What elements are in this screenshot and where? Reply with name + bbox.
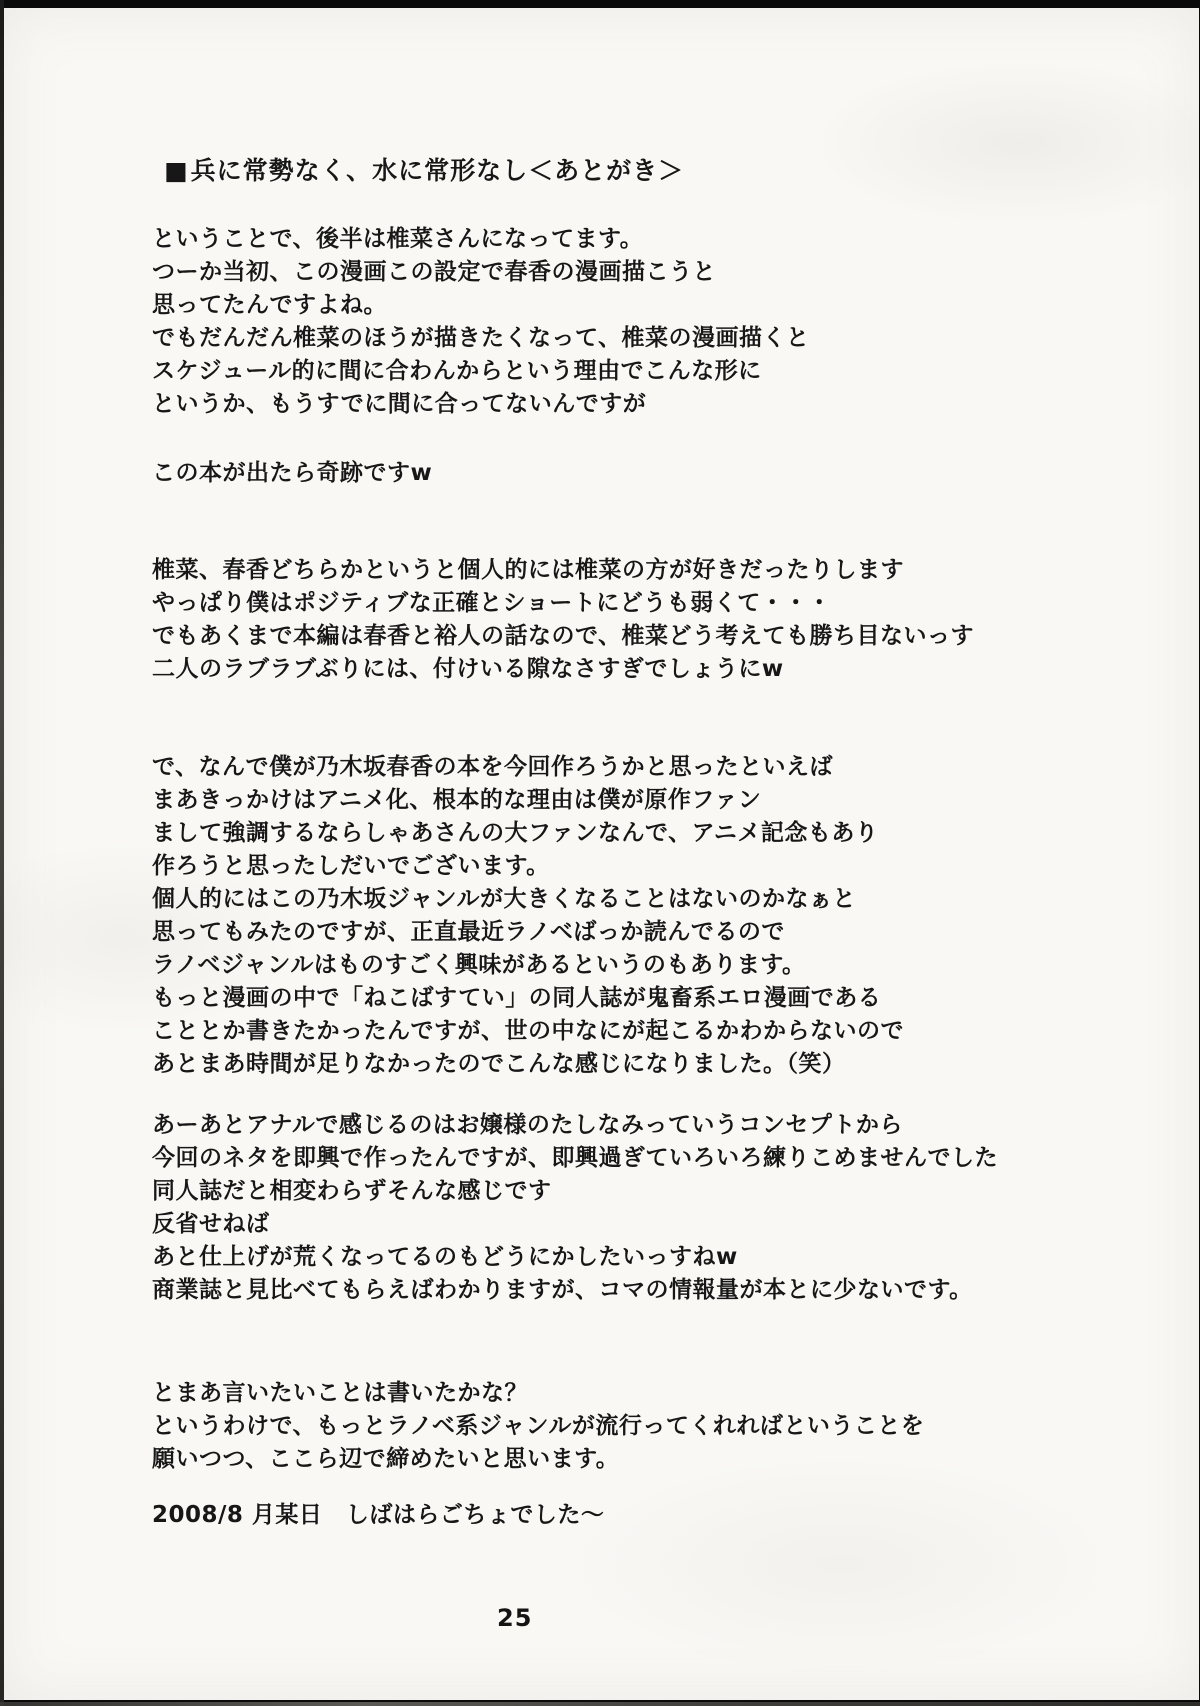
text-line: スケジュール的に間に合わんからという理由でこんな形に — [152, 355, 1199, 388]
text-line: でもあくまで本編は春香と裕人の話なので、椎菜どう考えても勝ち目ないっす — [152, 620, 1199, 653]
text-line: まあきっかけはアニメ化、根本的な理由は僕が原作ファン — [152, 784, 1199, 817]
text-line: まして強調するならしゃあさんの大ファンなんで、アニメ記念もあり — [152, 817, 1199, 850]
signature-line: 2008/8 月某日 しばはらごちょでした～ — [152, 1499, 1199, 1532]
text-line: 思ってもみたのですが、正直最近ラノベばっか読んでるので — [152, 916, 1199, 949]
text-line: ということで、後半は椎菜さんになってます。 — [152, 223, 1199, 256]
text-line: 二人のラブラブぶりには、付けいる隙なさすぎでしょうにw — [152, 653, 1199, 686]
paragraph: で、なんで僕が乃木坂春香の本を今回作ろうかと思ったといえばまあきっかけはアニメ化… — [152, 751, 1199, 1081]
paragraph: この本が出たら奇跡ですw — [152, 457, 1199, 490]
text-line: ラノベジャンルはものすごく興味があるというのもあります。 — [152, 949, 1199, 982]
square-bullet-icon: ■ — [164, 156, 189, 185]
text-line: この本が出たら奇跡ですw — [152, 457, 1199, 490]
text-line: 今回のネタを即興で作ったんですが、即興過ぎていろいろ練りこめませんでした — [152, 1142, 1199, 1175]
page: ■兵に常勢なく、水に常形なし＜あとがき＞ ということで、後半は椎菜さんになってま… — [4, 8, 1199, 1700]
afterword-title-text: 兵に常勢なく、水に常形なし＜あとがき＞ — [191, 156, 685, 185]
text-line: つーか当初、この漫画この設定で春香の漫画描こうと — [152, 256, 1199, 289]
text-line: とまあ言いたいことは書いたかな？ — [152, 1377, 1199, 1410]
afterword-body: ということで、後半は椎菜さんになってます。つーか当初、この漫画この設定で春香の漫… — [152, 223, 1199, 1476]
text-line: 商業誌と見比べてもらえばわかりますが、コマの情報量が本とに少ないです。 — [152, 1274, 1199, 1307]
text-line: 作ろうと思ったしだいでございます。 — [152, 850, 1199, 883]
text-line: というわけで、もっとラノベ系ジャンルが流行ってくれればということを — [152, 1410, 1199, 1443]
text-line: 反省せねば — [152, 1208, 1199, 1241]
text-line: こととか書きたかったんですが、世の中なにが起こるかわからないので — [152, 1015, 1199, 1048]
text-line: もっと漫画の中で「ねこばすてい」の同人誌が鬼畜系エロ漫画である — [152, 982, 1199, 1015]
text-line: で、なんで僕が乃木坂春香の本を今回作ろうかと思ったといえば — [152, 751, 1199, 784]
text-line: でもだんだん椎菜のほうが描きたくなって、椎菜の漫画描くと — [152, 322, 1199, 355]
text-line: 個人的にはこの乃木坂ジャンルが大きくなることはないのかなぁと — [152, 883, 1199, 916]
scan-frame: ■兵に常勢なく、水に常形なし＜あとがき＞ ということで、後半は椎菜さんになってま… — [0, 0, 1200, 1706]
text-line: 同人誌だと相変わらずそんな感じです — [152, 1175, 1199, 1208]
text-line: やっぱり僕はポジティブな正確とショートにどうも弱くて・・・ — [152, 587, 1199, 620]
scan-edge-bottom — [0, 1702, 1200, 1706]
text-line: 思ってたんですよね。 — [152, 289, 1199, 322]
text-line: あとまあ時間が足りなかったのでこんな感じになりました。（笑） — [152, 1048, 1199, 1081]
paragraph: とまあ言いたいことは書いたかな？というわけで、もっとラノベ系ジャンルが流行ってく… — [152, 1377, 1199, 1476]
text-line: 願いつつ、ここら辺で締めたいと思います。 — [152, 1443, 1199, 1476]
text-line: あと仕上げが荒くなってるのもどうにかしたいっすねw — [152, 1241, 1199, 1274]
paragraph: 椎菜、春香どちらかというと個人的には椎菜の方が好きだったりしますやっぱり僕はポジ… — [152, 554, 1199, 686]
text-line: あーあとアナルで感じるのはお嬢様のたしなみっていうコンセプトから — [152, 1109, 1199, 1142]
paragraph: あーあとアナルで感じるのはお嬢様のたしなみっていうコンセプトから今回のネタを即興… — [152, 1109, 1199, 1307]
text-line: というか、もうすでに間に合ってないんですが — [152, 388, 1199, 421]
page-number: 25 — [497, 1604, 532, 1632]
afterword-title: ■兵に常勢なく、水に常形なし＜あとがき＞ — [164, 154, 1199, 187]
paragraph: ということで、後半は椎菜さんになってます。つーか当初、この漫画この設定で春香の漫… — [152, 223, 1199, 421]
text-line: 椎菜、春香どちらかというと個人的には椎菜の方が好きだったりします — [152, 554, 1199, 587]
